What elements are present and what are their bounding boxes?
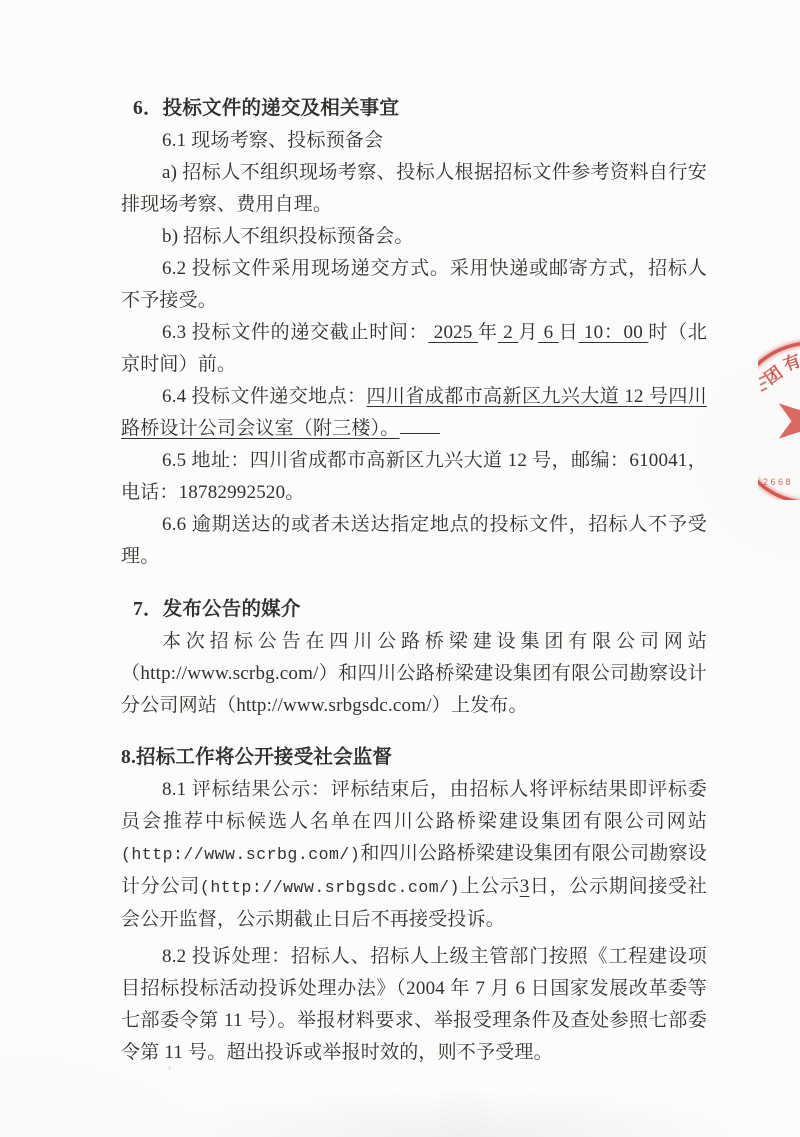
deadline-month-value: 2 [498,322,519,343]
deadline-day-value: 6 [538,322,559,343]
para-6-3: 6.3 投标文件的递交截止时间： 2025 年 2 月 6 日 10：00 时（… [121,317,707,381]
section-6-heading: 6．投标文件的递交及相关事宜 [121,93,707,125]
document-body: 6．投标文件的递交及相关事宜 6.1 现场考察、投标预备会 a) 招标人不组织现… [121,93,707,1069]
seal-partial-strokes [759,376,767,391]
seal-arc-char-2: 有 [781,350,800,375]
para-7-1: 本次招标公告在四川公路桥梁建设集团有限公司网站（http://www.scrbg… [121,626,707,722]
section-8-heading: 8.招标工作将公开接受社会监督 [121,742,707,774]
seal-serial-number: 2668 [763,477,793,487]
seal-graphic: 团 有 2668 [758,335,800,500]
scan-speck: › [168,1062,171,1072]
year-unit: 年 [478,322,498,343]
srbgsdc-url-mono: (http://www.srbgsdc.com/) [200,878,460,897]
scrbg-url-mono: (http://www.scrbg.com/) [121,845,360,864]
seal-arc-char-1: 团 [761,363,786,388]
seal-ring [758,343,800,500]
scrbg-url: （http://www.scrbg.com/） [121,663,338,684]
para-8-2: 8.2 投诉处理：招标人、招标人上级主管部门按照《工程建设项目招标投标活动投诉处… [121,941,707,1069]
para-8-1: 8.1 评标结果公示：评标结束后，由招标人将评标结果即评标委员会推荐中标候选人名… [121,774,707,936]
delivery-place-label: 6.4 投标文件递交地点： [162,386,366,407]
para-6-a: a) 招标人不组织现场考察、投标人根据招标文件参考资料自行安排现场考察、费用自理… [121,157,707,221]
month-unit: 月 [518,322,538,343]
day-unit: 日 [559,322,579,343]
scanned-tender-document-page: { "page": { "background": "#fcfcfb", "in… [0,0,800,1137]
deadline-time-value: 10：00 [578,322,648,343]
para-6-b: b) 招标人不组织投标预备会。 [121,221,707,253]
publicity-text-3: 上公示 [460,876,520,897]
publicity-text-1: 8.1 评标结果公示：评标结束后，由招标人将评标结果即评标委员会推荐中标候选人名… [121,779,707,832]
seal-ring-bleed [758,343,800,500]
publicity-days-value: 3 [520,876,530,897]
section-7-heading: 7．发布公告的媒介 [121,594,707,626]
para-6-1: 6.1 现场考察、投标预备会 [121,125,707,157]
para-6-5: 6.5 地址：四川省成都市高新区九兴大道 12 号，邮编：610041，电话：1… [121,445,707,509]
deadline-label: 6.3 投标文件的递交截止时间： [162,322,428,343]
announce-text-1: 本次招标公告在四川公路桥梁建设集团有限公司网站 [162,631,707,652]
company-seal-partial: 团 有 2668 [758,335,800,500]
announce-text-3: 上发布。 [451,695,528,716]
para-6-4: 6.4 投标文件递交地点：四川省成都市高新区九兴大道 12 号四川路桥设计公司会… [121,381,707,445]
underline-tail [400,414,440,434]
deadline-year-value: 2025 [428,322,478,343]
para-6-6: 6.6 逾期送达的或者未送达指定地点的投标文件，招标人不予受理。 [121,509,707,573]
seal-star-icon [768,384,800,453]
srbgsdc-url: （http://www.srbgsdc.com/） [217,695,451,716]
para-6-2: 6.2 投标文件采用现场递交方式。采用快递或邮寄方式，招标人不予接受。 [121,253,707,317]
